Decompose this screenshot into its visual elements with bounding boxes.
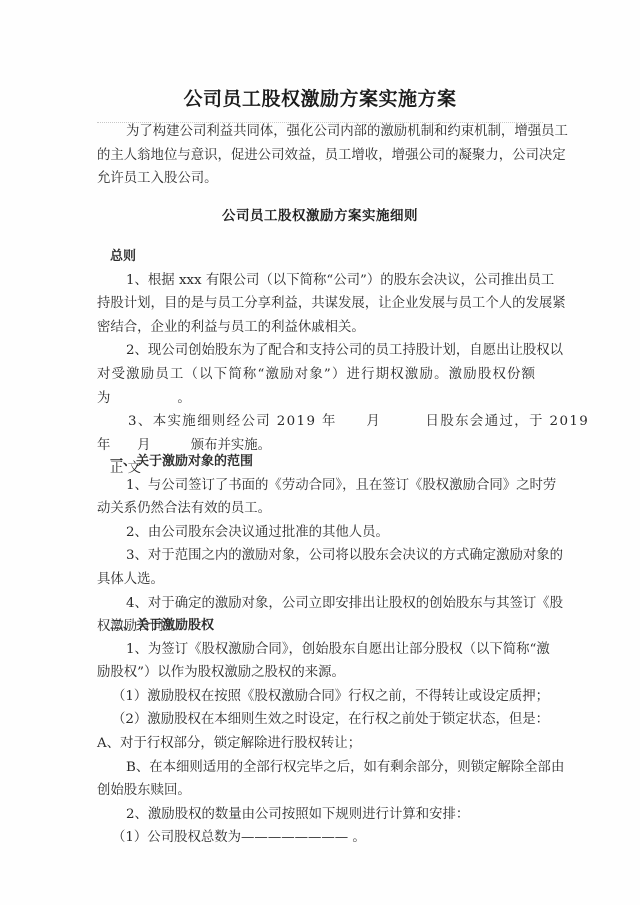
document-title: 公司员工股权激励方案实施方案 xyxy=(0,84,640,111)
section-2-item-2: 2、激励股权的数量由公司按照如下规则进行计算和安排： xyxy=(97,803,543,827)
general-item-2-line: 2、现公司创始股东为了配合和支持公司的员工持股计划，自愿出让股权以 xyxy=(97,339,543,363)
section-2-item-a: A、对于行权部分，锁定解除进行股权转让； xyxy=(97,732,543,756)
section-2-subitem-1: （1）激励股权在按照《股权激励合同》行权之前，不得转让或设定质押； xyxy=(97,685,543,709)
general-section: 总则 1、根据 xxx 有限公司（以下简称“公司”）的股东会决议，公司推出员工 … xyxy=(97,245,543,481)
intro-paragraph: 为了构建公司利益共同体，强化公司内部的激励机制和约束机制，增强员工 的主人翁地位… xyxy=(97,120,543,191)
section-1-item-3-line: 具体人选。 xyxy=(97,568,543,592)
section-1-heading: 一、关于激励对象的范围 xyxy=(97,450,543,474)
section-2-subitem-2: （2）激励股权在本细则生效之时设定，在行权之前处于锁定状态，但是： xyxy=(97,708,543,732)
section-2-item-2-sub-1: （1）公司股权总数为———————— 。 xyxy=(97,826,543,850)
document-subtitle: 公司员工股权激励方案实施细则 xyxy=(0,204,640,224)
section-2: 二、关于激励股权 1、为签订《股权激励合同》，创始股东自愿出让部分股权（以下简称… xyxy=(97,614,543,850)
section-1-item-1-line: 动关系仍然合法有效的员工。 xyxy=(97,497,543,521)
section-2-item-1-line: 励股权”）以作为股权激励之股权的来源。 xyxy=(97,661,543,685)
document-page: 公司员工股权激励方案实施方案 为了构建公司利益共同体，强化公司内部的激励机制和约… xyxy=(0,0,640,905)
section-1: 一、关于激励对象的范围 1、与公司签订了书面的《劳动合同》，且在签订《股权激励合… xyxy=(97,450,543,639)
general-item-1-line: 持股计划，目的是与员工分享利益，共谋发展，让企业发展与员工个人的发展紧 xyxy=(97,292,543,316)
section-2-heading: 二、关于激励股权 xyxy=(97,614,543,638)
general-item-2-line: 对受激励员工（以下简称“激励对象”）进行期权激励。激励股权份额 xyxy=(97,363,543,387)
section-1-item-2-line: 2、由公司股东会决议通过批准的其他人员。 xyxy=(97,521,543,545)
section-1-item-1-line: 1、与公司签订了书面的《劳动合同》，且在签订《股权激励合同》之时劳 xyxy=(97,474,543,498)
section-1-item-4-line: 4、对于确定的激励对象，公司立即安排出让股权的创始股东与其签订《股 xyxy=(97,592,543,616)
general-heading: 总则 xyxy=(97,245,543,269)
intro-line: 的主人翁地位与意识，促进公司效益，员工增收，增强公司的凝聚力，公司决定 xyxy=(97,144,543,168)
section-2-item-b-line: B、在本细则适用的全部行权完毕之后，如有剩余部分，则锁定解除全部由 xyxy=(97,756,543,780)
section-2-item-1-line: 1、为签订《股权激励合同》，创始股东自愿出让部分股权（以下简称“激 xyxy=(97,638,543,662)
section-2-item-b-line: 创始股东赎回。 xyxy=(97,779,543,803)
intro-line: 允许员工入股公司。 xyxy=(97,167,543,191)
general-item-2-line: 为 。 xyxy=(97,387,543,411)
section-1-item-3-line: 3、对于范围之内的激励对象，公司将以股东会决议的方式确定激励对象的 xyxy=(97,544,543,568)
intro-line: 为了构建公司利益共同体，强化公司内部的激励机制和约束机制，增强员工 xyxy=(97,120,543,144)
general-item-3-line: 3、本实施细则经公司 2019 年 月 日股东会通过，于 2019 xyxy=(97,410,543,434)
general-item-1-line: 1、根据 xxx 有限公司（以下简称“公司”）的股东会决议，公司推出员工 xyxy=(97,269,543,293)
general-item-1-line: 密结合，企业的利益与员工的利益休戚相关。 xyxy=(97,316,543,340)
